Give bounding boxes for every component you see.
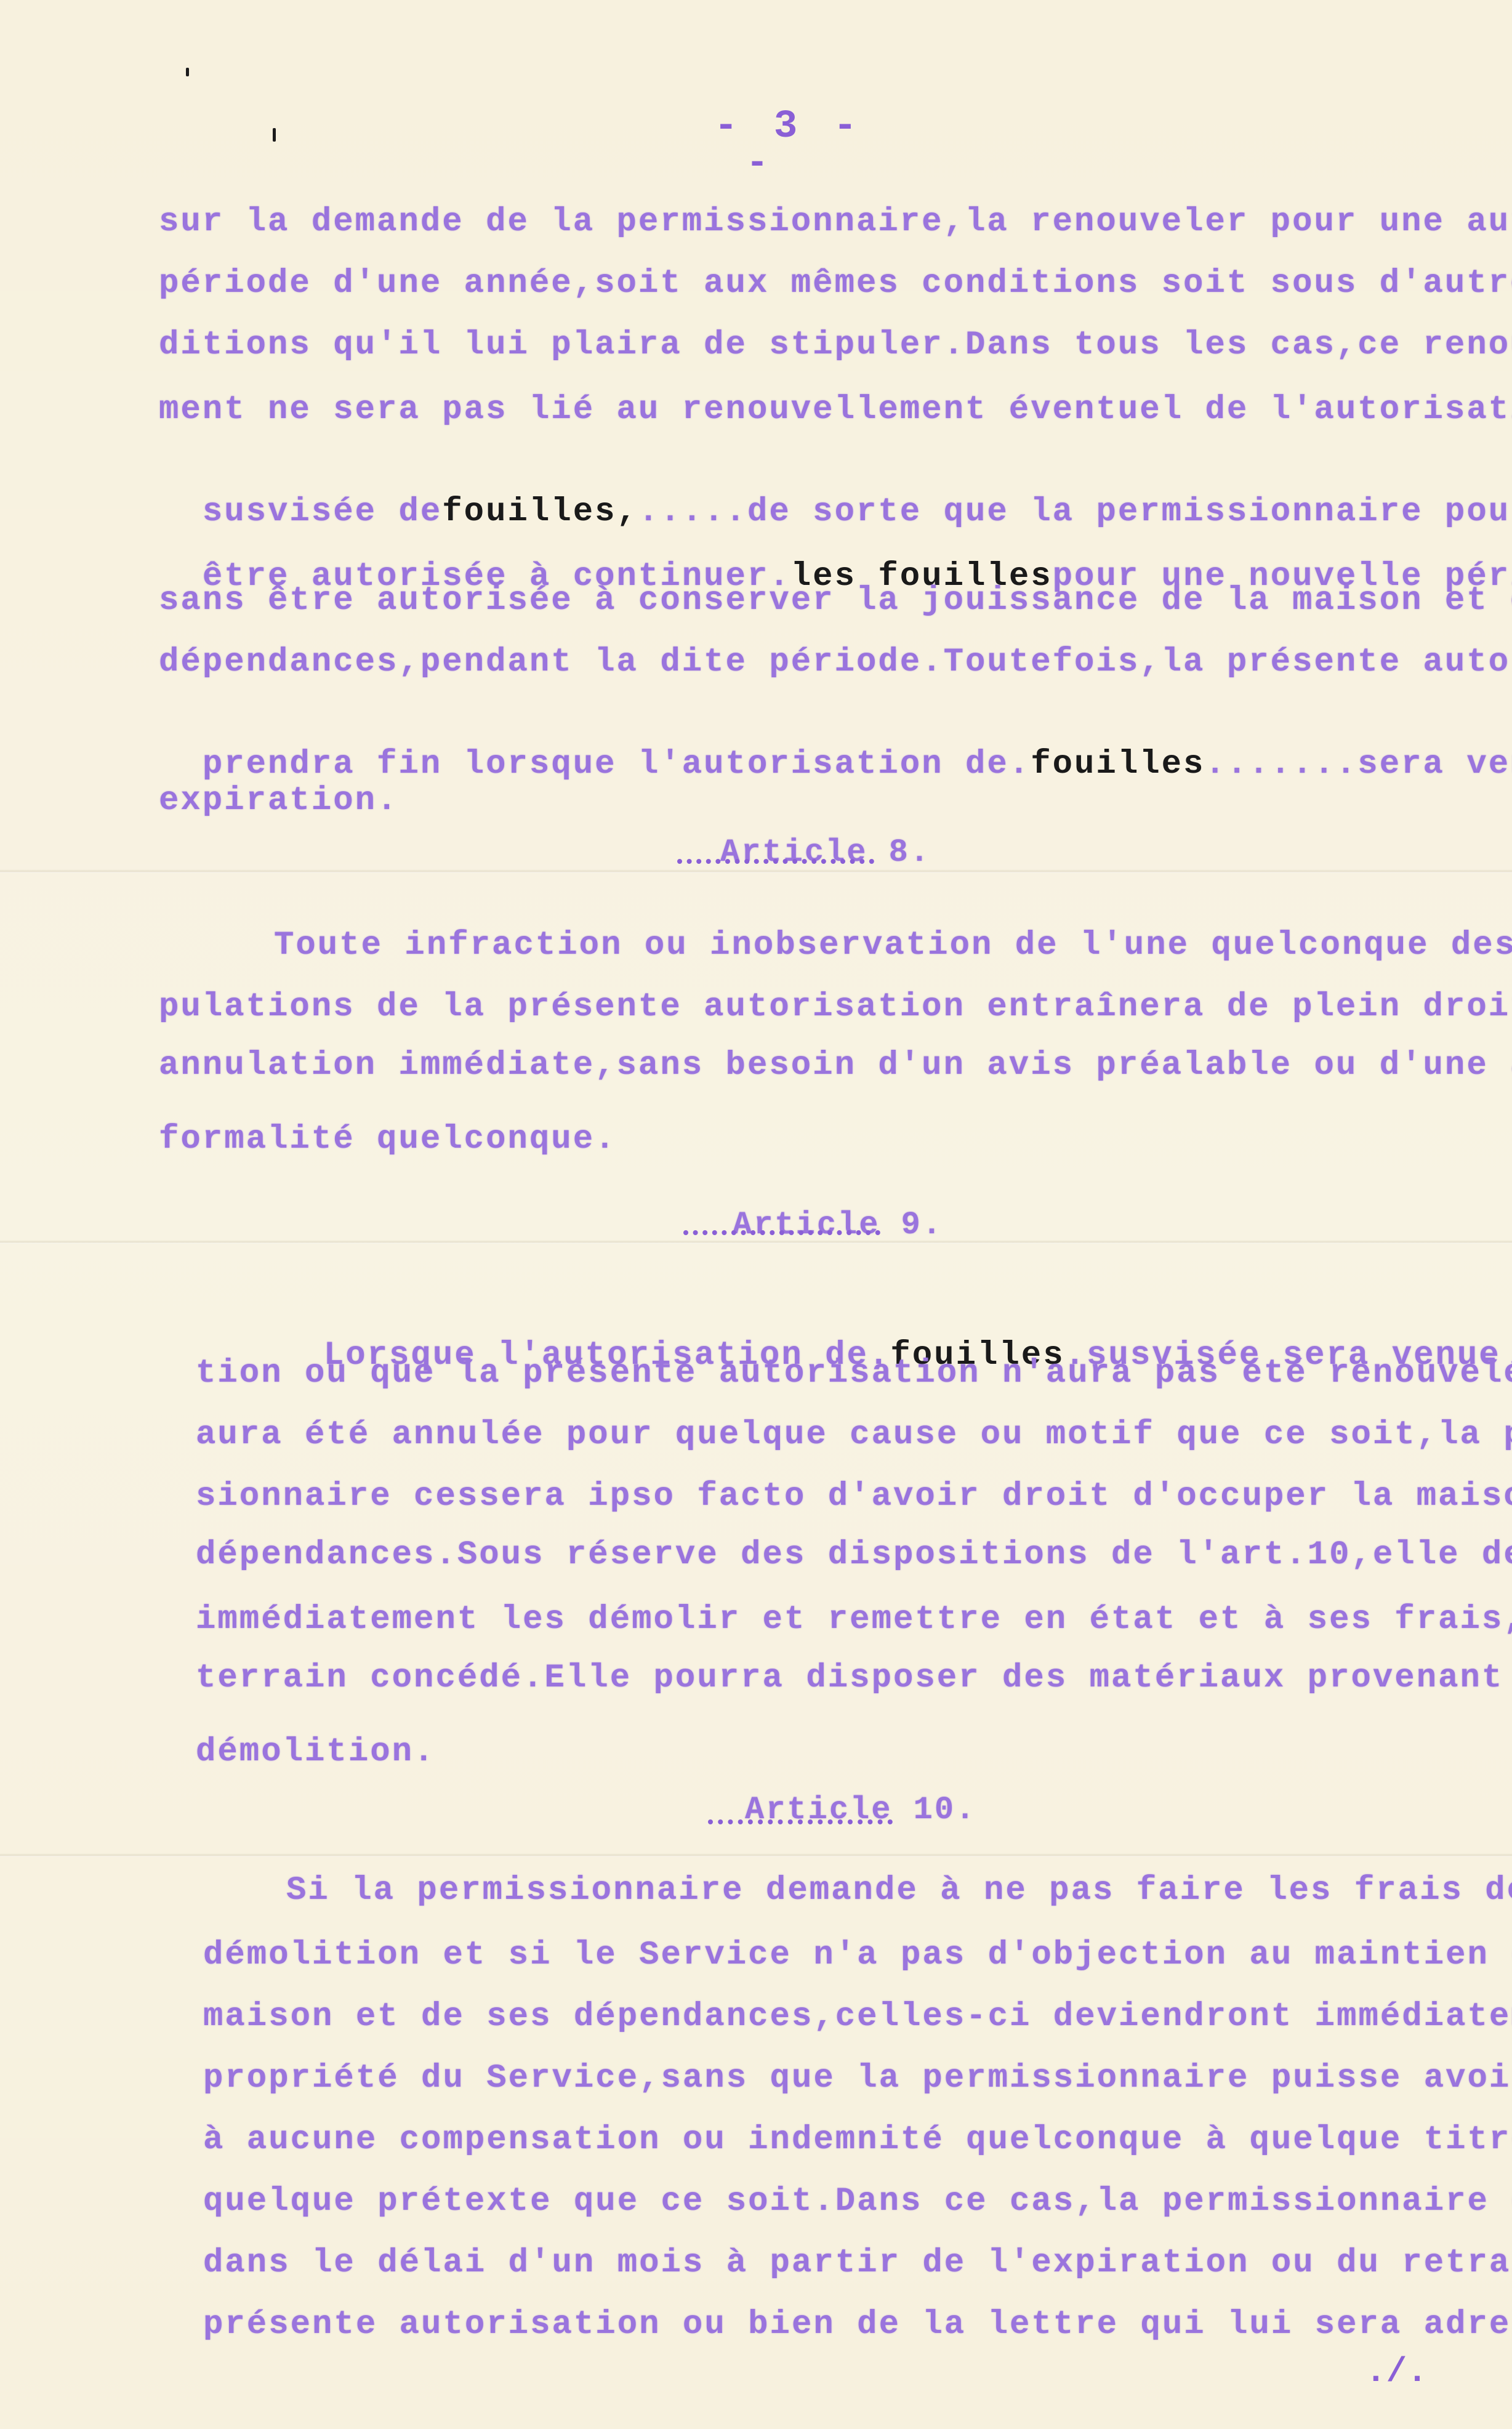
text-line: ment ne sera pas lié au renouvellement é…: [159, 391, 1512, 429]
paper-fold-line: [0, 1853, 1512, 1857]
heading-underline: [708, 1819, 893, 1824]
text-line: sur la demande de la permissionnaire,la …: [159, 203, 1512, 241]
text-line: ditions qu'il lui plaira de stipuler.Dan…: [159, 326, 1512, 364]
text-line: aura été annulée pour quelque cause ou m…: [196, 1416, 1512, 1454]
text-line: annulation immédiate,sans besoin d'un av…: [159, 1047, 1512, 1084]
text-line: présente autorisation ou bien de la lett…: [203, 2306, 1512, 2343]
text-line: formalité quelconque.: [159, 1121, 617, 1158]
text-line: expiration.: [159, 782, 398, 820]
text-line: démolition et si le Service n'a pas d'ob…: [203, 1936, 1512, 1974]
text-line: dépendances.Sous réserve des disposition…: [196, 1536, 1512, 1574]
text-line: à aucune compensation ou indemnité quelc…: [203, 2121, 1512, 2159]
text-line: Toute infraction ou inobservation de l'u…: [274, 927, 1512, 964]
heading-underline: [677, 859, 874, 864]
page-number-mark: -: [746, 143, 768, 185]
text-line: période d'une année,soit aux mêmes condi…: [159, 265, 1512, 302]
text-line: tion ou que la présente autorisation n'a…: [196, 1355, 1512, 1392]
text-segment: .......sera venue à: [1205, 746, 1512, 783]
text-line: Si la permissionnaire demande à ne pas f…: [286, 1872, 1512, 1909]
text-line: maison et de ses dépendances,celles-ci d…: [203, 1998, 1512, 2036]
typed-insertion: fouilles: [1031, 746, 1205, 783]
text-line: dépendances,pendant la dite période.Tout…: [159, 643, 1512, 681]
heading-underline: [683, 1230, 880, 1235]
text-line: immédiatement les démolir et remettre en…: [196, 1601, 1512, 1638]
text-line: terrain concédé.Elle pourra disposer des…: [196, 1659, 1512, 1697]
article-heading: Article 8.: [720, 834, 931, 871]
text-line: pulations de la présente autorisation en…: [159, 988, 1512, 1026]
text-line: sans être autorisée à conserver la jouis…: [159, 582, 1512, 619]
text-segment: prendra fin lorsque l'autorisation de.: [203, 746, 1031, 783]
text-line: démolition.: [196, 1733, 435, 1771]
text-line: susvisée defouilles,.....de sorte que la…: [159, 456, 1512, 531]
text-line: quelque prétexte que ce soit.Dans ce cas…: [203, 2183, 1512, 2220]
page-number: - 3 -: [714, 105, 863, 149]
article-heading: Article 9.: [733, 1207, 943, 1243]
text-line: dans le délai d'un mois à partir de l'ex…: [203, 2244, 1512, 2282]
text-line: sionnaire cessera ipso facto d'avoir dro…: [196, 1478, 1512, 1515]
ink-speck-mark: [186, 68, 189, 76]
text-line: propriété du Service,sans que la permiss…: [203, 2060, 1512, 2097]
text-line: prendra fin lorsque l'autorisation de.fo…: [159, 708, 1512, 783]
continuation-mark: ./.: [1365, 2352, 1428, 2391]
ink-speck-mark: [273, 128, 276, 142]
